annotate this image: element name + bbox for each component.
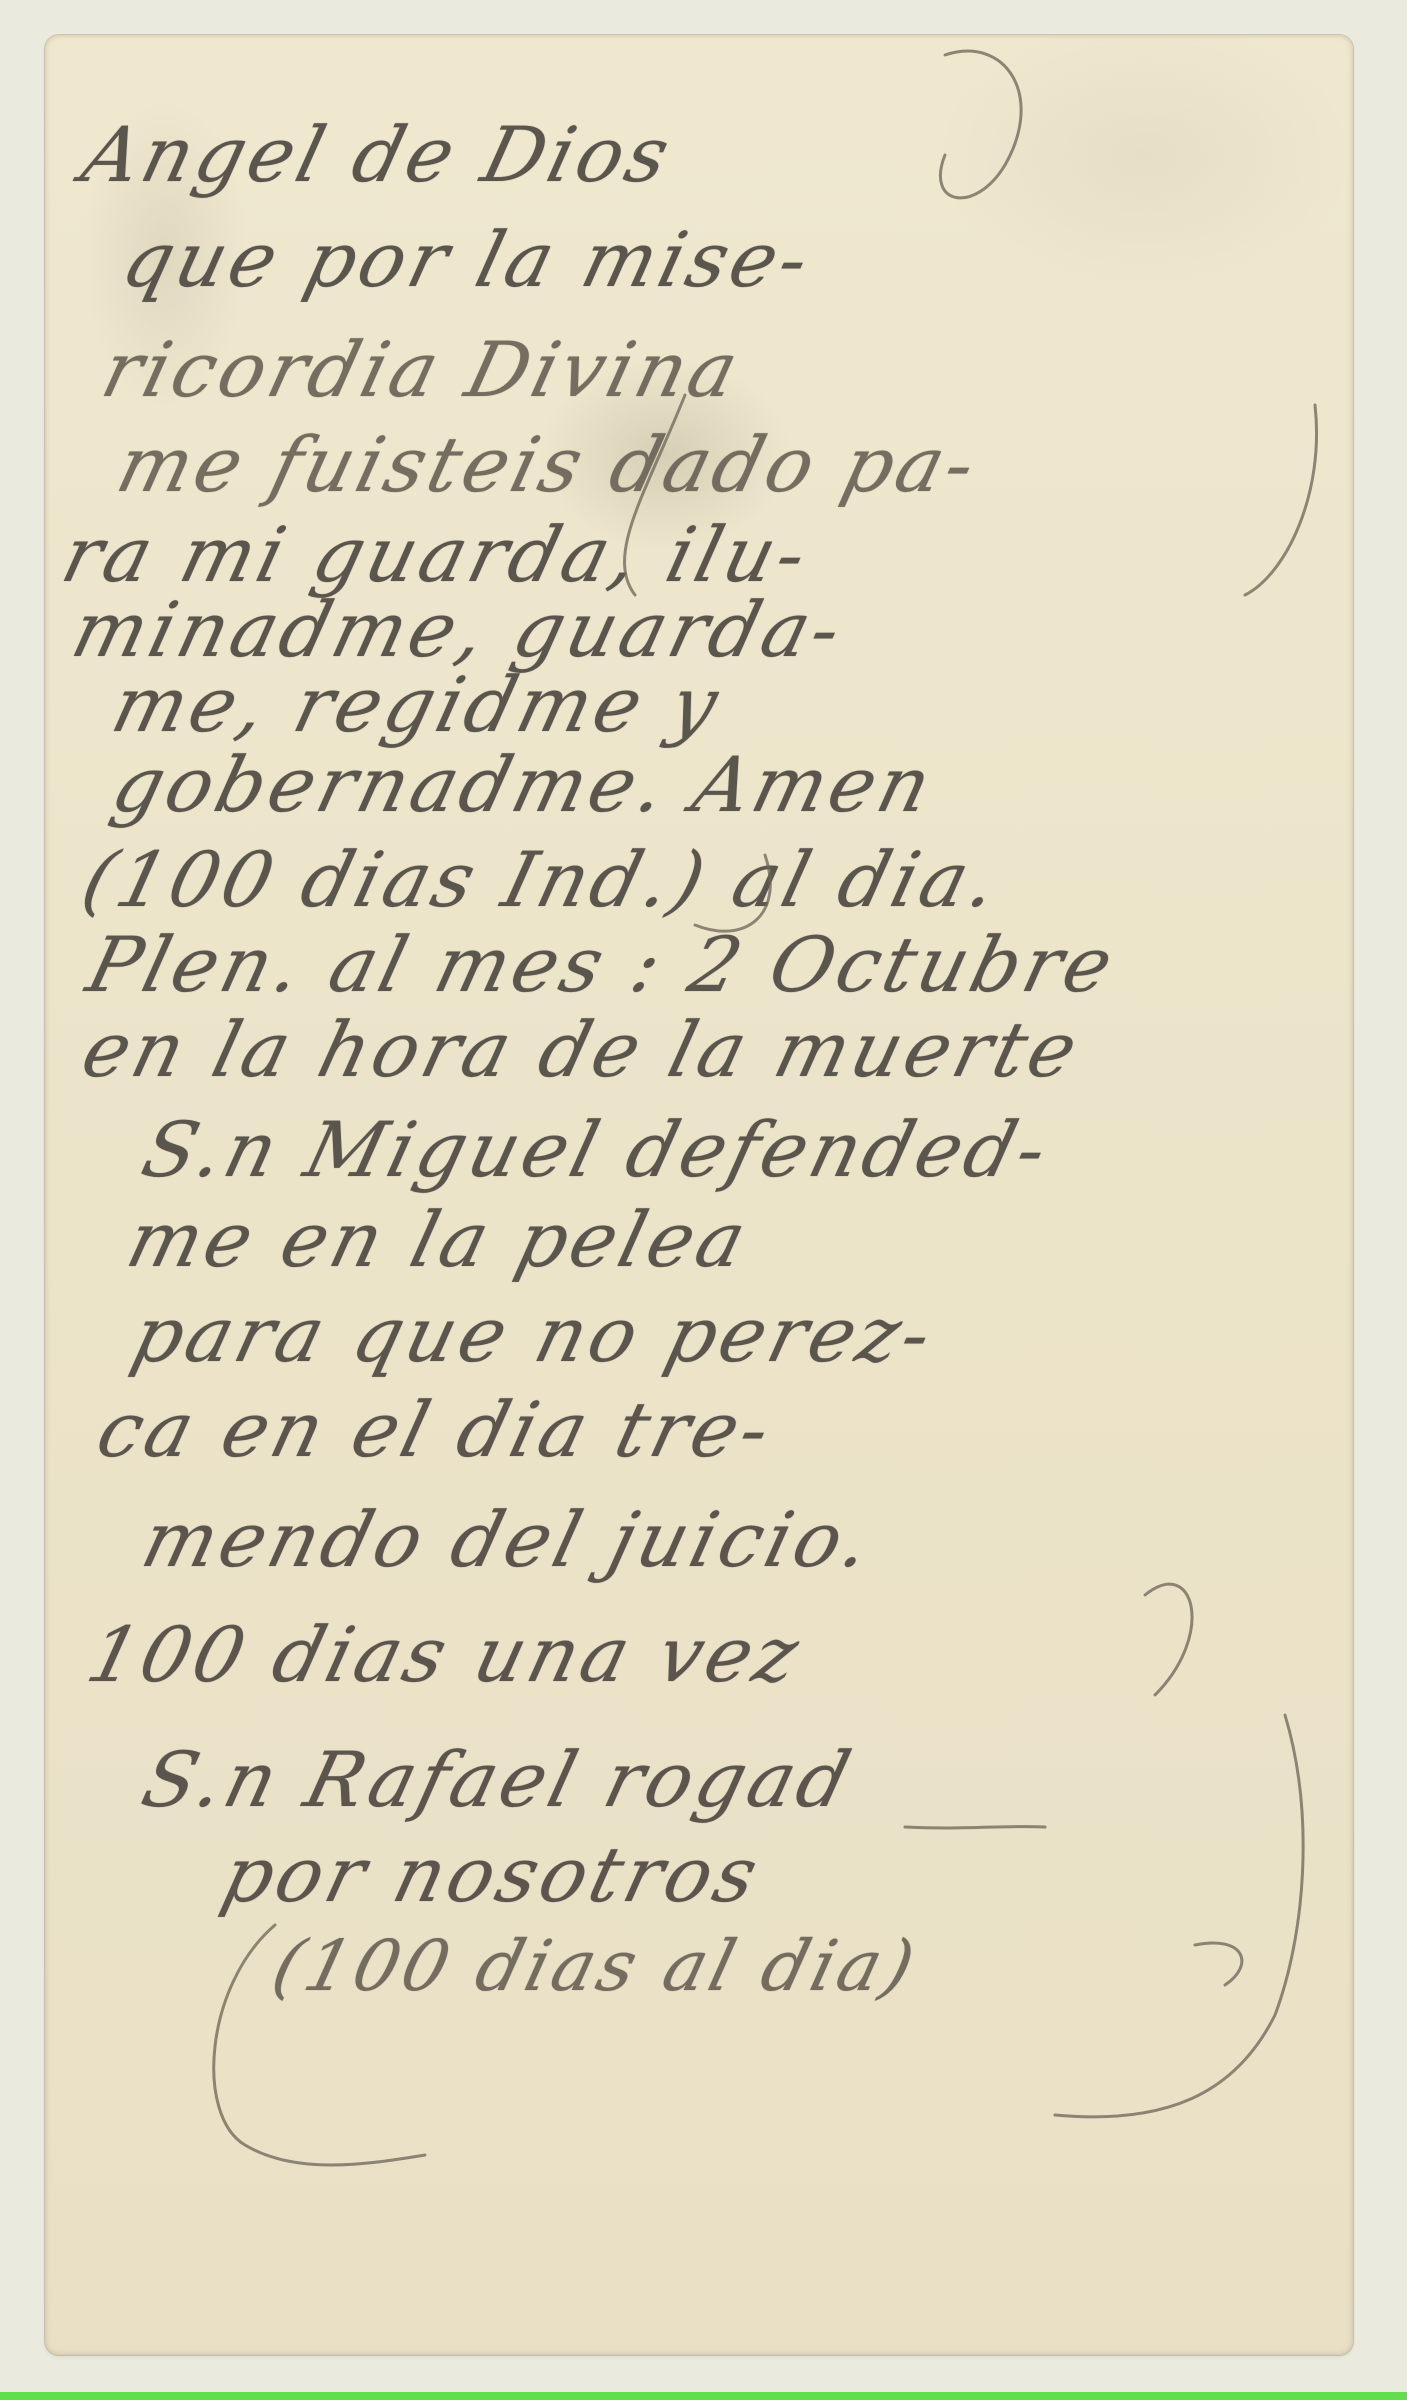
text-line-12: S.n Miguel defended- (134, 1105, 1060, 1194)
text-line-20: (100 dias al dia) (265, 1925, 926, 2007)
text-line-19: por nosotros (214, 1830, 770, 1919)
text-line-9: (100 dias Ind.) al dia. (74, 835, 1010, 924)
text-line-15: ca en el dia tre- (89, 1385, 783, 1474)
text-line-13: me en la pelea (119, 1195, 758, 1284)
text-line-11: en la hora de la muerte (74, 1005, 1090, 1094)
manuscript-card: Angel de Dios que por la mise- ricordia … (45, 35, 1353, 2355)
text-line-17: 100 dias una vez (79, 1610, 811, 1699)
text-line-3: ricordia Divina (94, 325, 751, 414)
text-line-4: me fuisteis dado pa- (109, 420, 988, 509)
text-line-16: mendo del juicio. (134, 1495, 883, 1584)
text-line-8: gobernadme. Amen (104, 740, 944, 829)
text-line-7: me, regidme y (104, 660, 731, 749)
text-line-18: S.n Rafael rogad (134, 1735, 863, 1824)
scanner-calibration-strip (0, 2392, 1407, 2400)
text-line-14: para que no perez- (124, 1290, 944, 1379)
handwritten-text: Angel de Dios que por la mise- ricordia … (45, 35, 1353, 2355)
text-line-2: que por la mise- (114, 215, 822, 304)
text-line-1: Angel de Dios (74, 110, 682, 199)
text-line-10: Plen. al mes : 2 Octubre (79, 920, 1125, 1009)
